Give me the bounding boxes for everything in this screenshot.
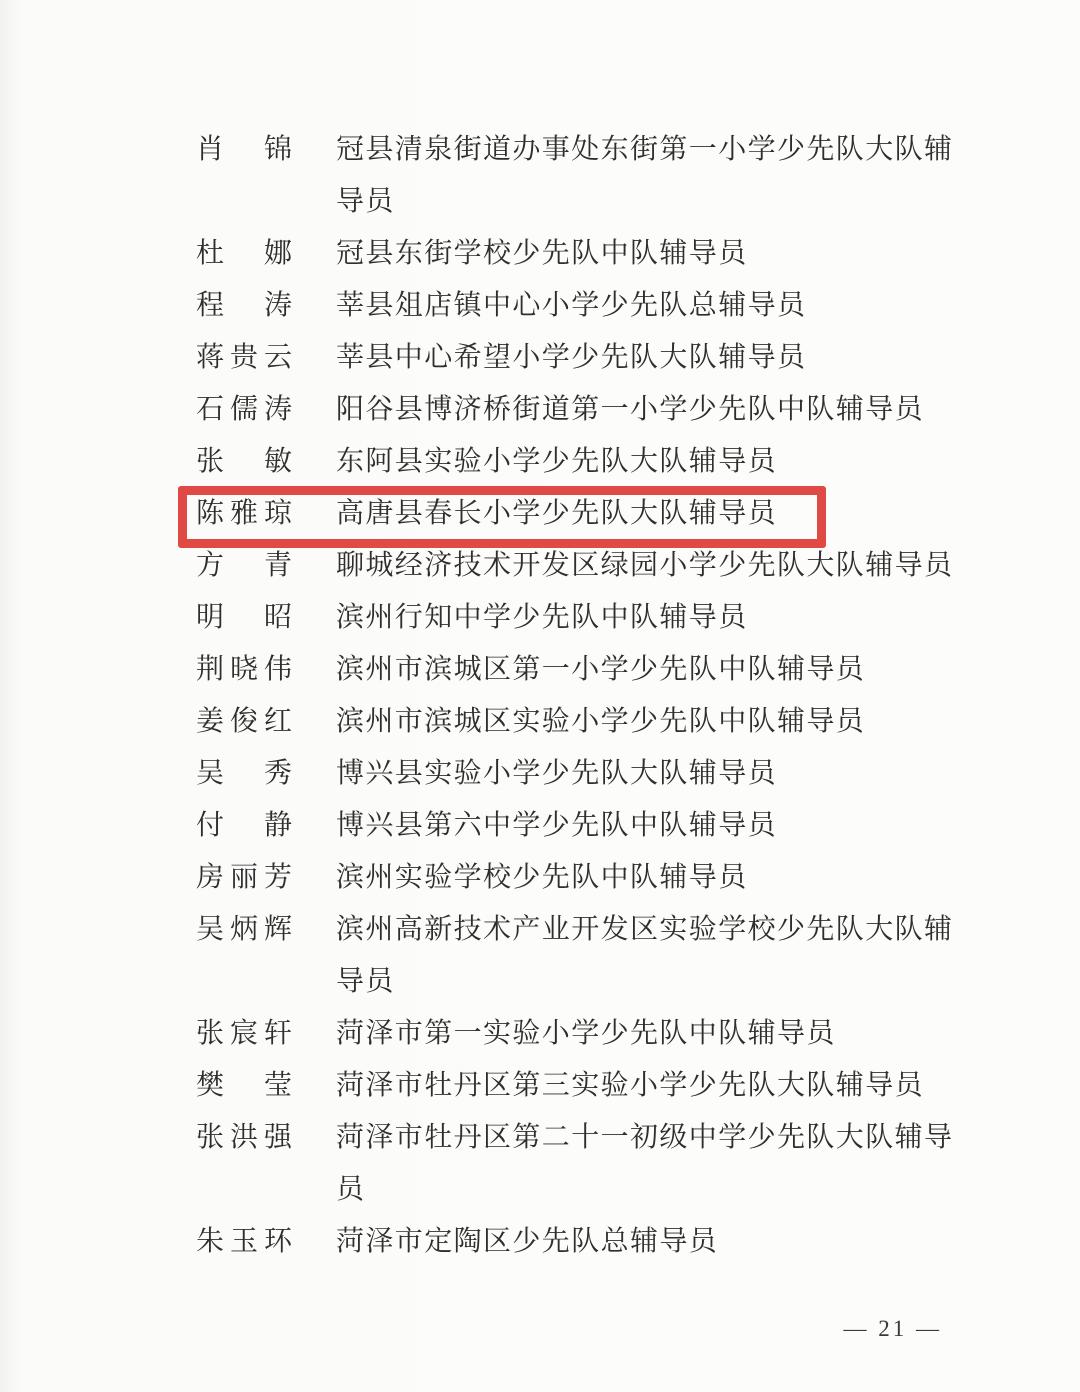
- list-item: 程涛 莘县俎店镇中心小学少先队总辅导员: [196, 280, 960, 332]
- list-item: 张宸轩 菏泽市第一实验小学少先队中队辅导员: [196, 1008, 960, 1060]
- person-position: 莘县俎店镇中心小学少先队总辅导员: [336, 280, 956, 332]
- document-page: 肖锦 冠县清泉街道办事处东街第一小学少先队大队辅导员 杜娜 冠县东街学校少先队中…: [0, 0, 1080, 1392]
- list-item: 明昭 滨州行知中学少先队中队辅导员: [196, 592, 960, 644]
- page-number: — 21 —: [844, 1316, 943, 1342]
- list-item: 朱玉环 菏泽市定陶区少先队总辅导员: [196, 1216, 960, 1268]
- person-name: 蒋贵云: [196, 332, 292, 384]
- person-position: 博兴县第六中学少先队中队辅导员: [336, 800, 956, 852]
- person-position: 滨州市滨城区实验小学少先队中队辅导员: [336, 696, 956, 748]
- person-name: 方青: [196, 540, 292, 592]
- person-position: 冠县东街学校少先队中队辅导员: [336, 228, 956, 280]
- person-name: 樊莹: [196, 1060, 292, 1112]
- person-position: 菏泽市第一实验小学少先队中队辅导员: [336, 1008, 956, 1060]
- list-item: 石儒涛 阳谷县博济桥街道第一小学少先队中队辅导员: [196, 384, 960, 436]
- list-item: 张洪强 菏泽市牡丹区第二十一初级中学少先队大队辅导员: [196, 1112, 960, 1216]
- person-name: 杜娜: [196, 228, 292, 280]
- person-position: 聊城经济技术开发区绿园小学少先队大队辅导员: [336, 540, 956, 592]
- person-name: 荆晓伟: [196, 644, 292, 696]
- list-item: 姜俊红 滨州市滨城区实验小学少先队中队辅导员: [196, 696, 960, 748]
- person-name: 吴炳辉: [196, 904, 292, 956]
- person-position: 菏泽市牡丹区第二十一初级中学少先队大队辅导员: [336, 1112, 956, 1216]
- list-item: 付静 博兴县第六中学少先队中队辅导员: [196, 800, 960, 852]
- person-name: 程涛: [196, 280, 292, 332]
- person-name: 吴秀: [196, 748, 292, 800]
- list-item: 蒋贵云 莘县中心希望小学少先队大队辅导员: [196, 332, 960, 384]
- person-position: 滨州行知中学少先队中队辅导员: [336, 592, 956, 644]
- person-position: 菏泽市定陶区少先队总辅导员: [336, 1216, 956, 1268]
- person-name: 姜俊红: [196, 696, 292, 748]
- person-position: 莘县中心希望小学少先队大队辅导员: [336, 332, 956, 384]
- person-position: 高唐县春长小学少先队大队辅导员: [336, 488, 956, 540]
- list-item: 杜娜 冠县东街学校少先队中队辅导员: [196, 228, 960, 280]
- person-name: 朱玉环: [196, 1216, 292, 1268]
- person-name: 陈雅琼: [196, 488, 292, 540]
- person-name: 明昭: [196, 592, 292, 644]
- list-item: 方青 聊城经济技术开发区绿园小学少先队大队辅导员: [196, 540, 960, 592]
- person-position: 滨州市滨城区第一小学少先队中队辅导员: [336, 644, 956, 696]
- person-position: 冠县清泉街道办事处东街第一小学少先队大队辅导员: [336, 124, 956, 228]
- person-name: 付静: [196, 800, 292, 852]
- person-name: 石儒涛: [196, 384, 292, 436]
- person-name: 房丽芳: [196, 852, 292, 904]
- list-item: 吴秀 博兴县实验小学少先队大队辅导员: [196, 748, 960, 800]
- person-name: 张洪强: [196, 1112, 292, 1164]
- person-position: 滨州高新技术产业开发区实验学校少先队大队辅导员: [336, 904, 956, 1008]
- person-position: 博兴县实验小学少先队大队辅导员: [336, 748, 956, 800]
- list-item: 吴炳辉 滨州高新技术产业开发区实验学校少先队大队辅导员: [196, 904, 960, 1008]
- person-name: 张敏: [196, 436, 292, 488]
- person-position: 东阿县实验小学少先队大队辅导员: [336, 436, 956, 488]
- list-item: 肖锦 冠县清泉街道办事处东街第一小学少先队大队辅导员: [196, 124, 960, 228]
- person-position: 滨州实验学校少先队中队辅导员: [336, 852, 956, 904]
- list-item: 房丽芳 滨州实验学校少先队中队辅导员: [196, 852, 960, 904]
- list-item: 陈雅琼 高唐县春长小学少先队大队辅导员: [196, 488, 960, 540]
- list-item: 张敏 东阿县实验小学少先队大队辅导员: [196, 436, 960, 488]
- award-list: 肖锦 冠县清泉街道办事处东街第一小学少先队大队辅导员 杜娜 冠县东街学校少先队中…: [196, 124, 960, 1268]
- list-item: 樊莹 菏泽市牡丹区第三实验小学少先队大队辅导员: [196, 1060, 960, 1112]
- person-position: 阳谷县博济桥街道第一小学少先队中队辅导员: [336, 384, 956, 436]
- person-position: 菏泽市牡丹区第三实验小学少先队大队辅导员: [336, 1060, 956, 1112]
- list-item: 荆晓伟 滨州市滨城区第一小学少先队中队辅导员: [196, 644, 960, 696]
- person-name: 肖锦: [196, 124, 292, 176]
- person-name: 张宸轩: [196, 1008, 292, 1060]
